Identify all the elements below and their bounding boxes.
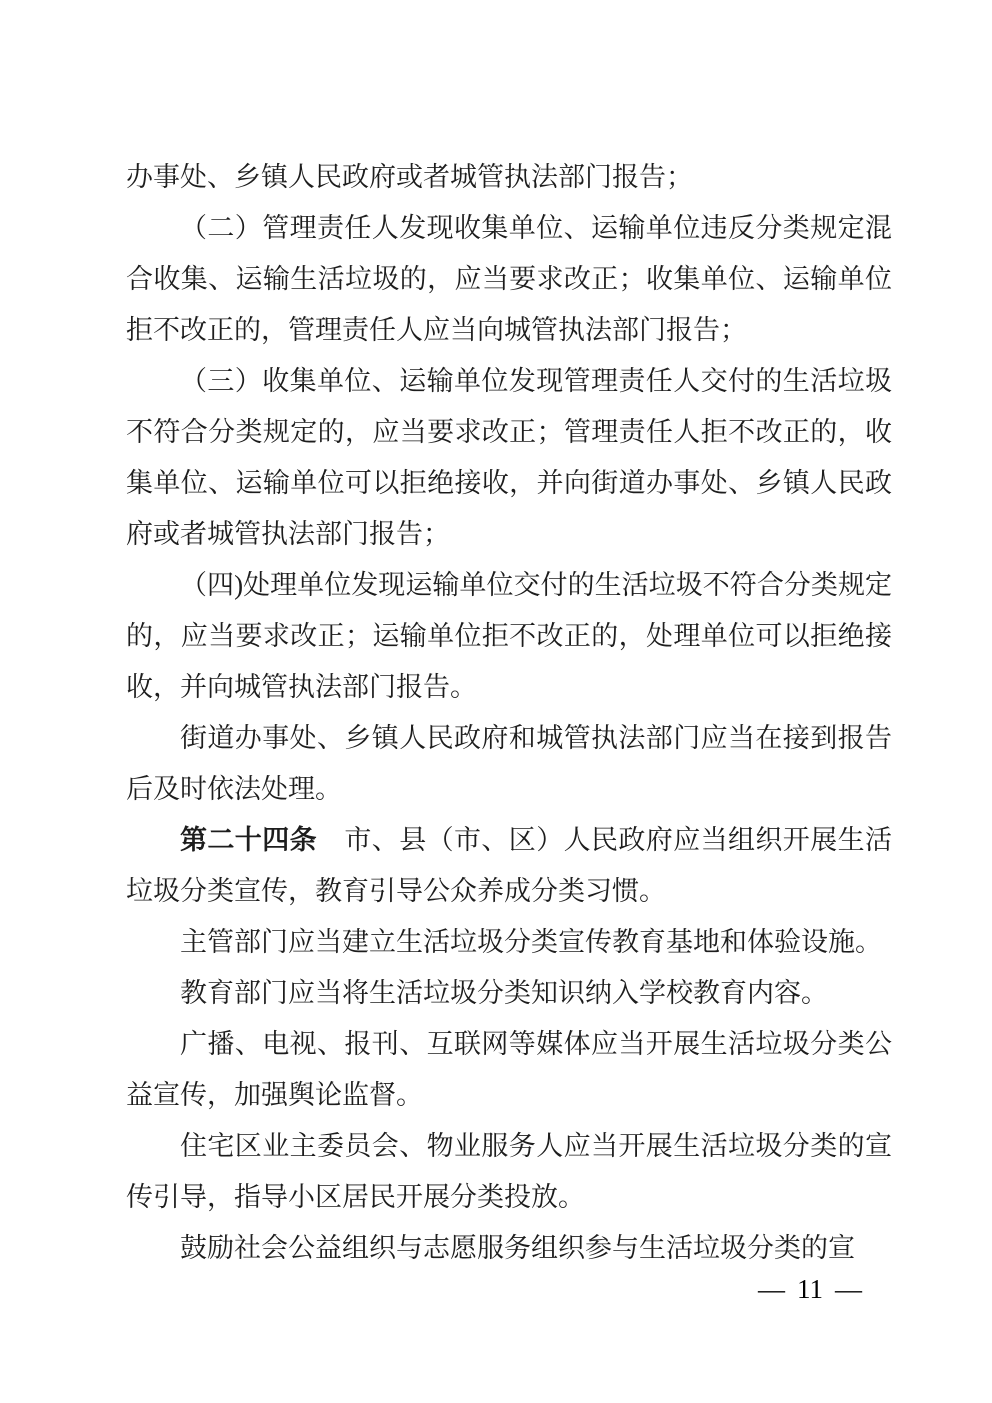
document-page: 办事处、乡镇人民政府或者城管执法部门报告；（二）管理责任人发现收集单位、运输单位…: [0, 0, 992, 1403]
paragraph-5: 街道办事处、乡镇人民政府和城管执法部门应当在接到报告后及时依法处理。: [126, 713, 892, 815]
paragraph-1: 办事处、乡镇人民政府或者城管执法部门报告；: [126, 152, 892, 203]
paragraph-7: 主管部门应当建立生活垃圾分类宣传教育基地和体验设施。: [126, 917, 892, 968]
paragraph-10: 住宅区业主委员会、物业服务人应当开展生活垃圾分类的宣传引导，指导小区居民开展分类…: [126, 1121, 892, 1223]
paragraph-2: （二）管理责任人发现收集单位、运输单位违反分类规定混合收集、运输生活垃圾的，应当…: [126, 203, 892, 356]
paragraph-4: （四)处理单位发现运输单位交付的生活垃圾不符合分类规定的，应当要求改正；运输单位…: [126, 560, 892, 713]
paragraph-6: 第二十四条 市、县（市、区）人民政府应当组织开展生活垃圾分类宣传，教育引导公众养…: [126, 815, 892, 917]
footer-dash-right: —: [835, 1268, 862, 1310]
page-number: 11: [797, 1268, 823, 1310]
page-footer: —11—: [126, 1268, 868, 1310]
footer-dash-left: —: [758, 1268, 785, 1310]
paragraph-9: 广播、电视、报刊、互联网等媒体应当开展生活垃圾分类公益宣传，加强舆论监督。: [126, 1019, 892, 1121]
paragraph-8: 教育部门应当将生活垃圾分类知识纳入学校教育内容。: [126, 968, 892, 1019]
document-body: 办事处、乡镇人民政府或者城管执法部门报告；（二）管理责任人发现收集单位、运输单位…: [126, 152, 892, 1274]
paragraph-11: 鼓励社会公益组织与志愿服务组织参与生活垃圾分类的宣: [126, 1223, 892, 1274]
article-number: 第二十四条: [180, 825, 317, 855]
paragraph-3: （三）收集单位、运输单位发现管理责任人交付的生活垃圾不符合分类规定的，应当要求改…: [126, 356, 892, 560]
